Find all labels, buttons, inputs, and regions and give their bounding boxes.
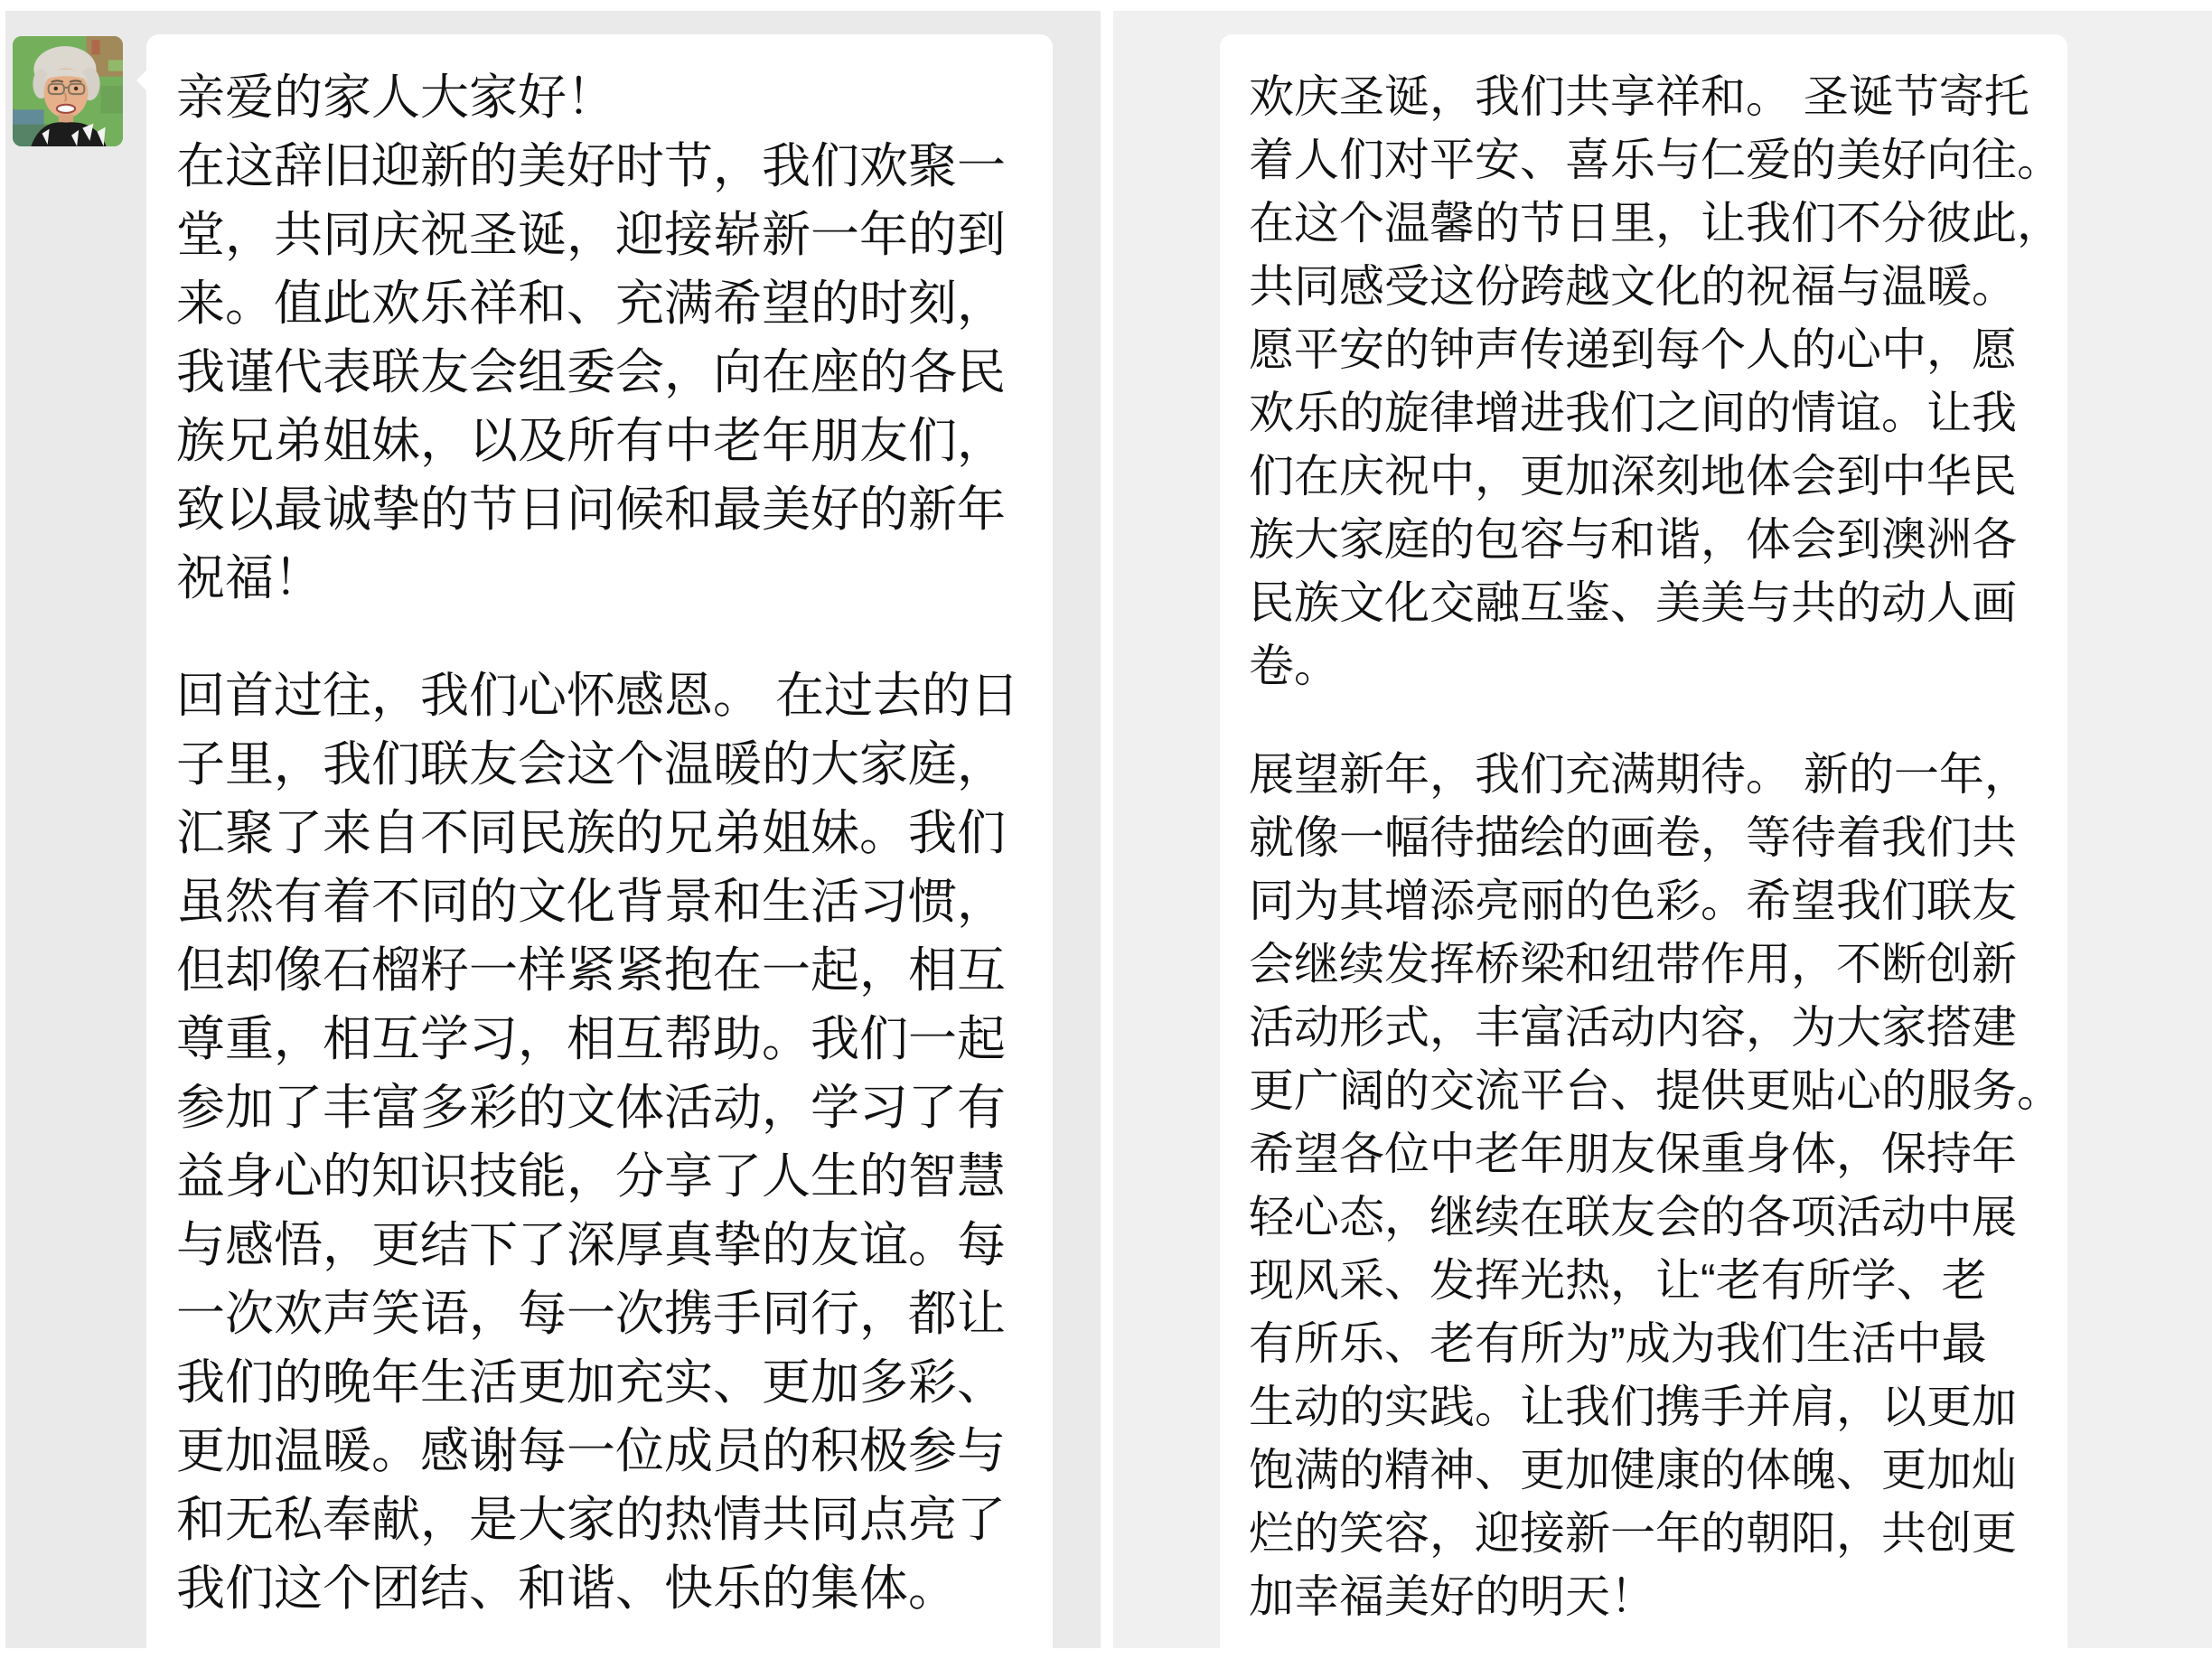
text-line: 在这辞旧迎新的美好时节，我们欢聚一 [176,132,1029,201]
text-line: 一次欢声笑语，每一次携手同行，都让 [176,1279,1029,1348]
text-line: 们在庆祝中，更加深刻地体会到中华民 [1249,445,2049,508]
text-line: 但却像石榴籽一样紧紧抱在一起，相互 [176,936,1029,1005]
text-line: 有所乐、老有所为”成为我们生活中最 [1249,1312,2049,1375]
chat-screenshot-right: 欢庆圣诞，我们共享祥和。 圣诞节寄托着人们对平安、喜乐与仁爱的美好向往。在这个温… [1113,11,2212,1648]
text-line: 族兄弟姐妹，以及所有中老年朋友们， [176,407,1029,475]
chat-screenshot-left: 亲爱的家人大家好！在这辞旧迎新的美好时节，我们欢聚一堂，共同庆祝圣诞，迎接崭新一… [5,11,1101,1648]
text-line: 尊重，相互学习，相互帮助。我们一起 [176,1005,1029,1073]
message-text-right: 欢庆圣诞，我们共享祥和。 圣诞节寄托着人们对平安、喜乐与仁爱的美好向往。在这个温… [1220,34,2067,1628]
text-line [176,613,1029,661]
message-bubble-left[interactable]: 亲爱的家人大家好！在这辞旧迎新的美好时节，我们欢聚一堂，共同庆祝圣诞，迎接崭新一… [146,34,1053,1648]
text-line [1249,698,2049,743]
text-line: 与感悟，更结下了深厚真挚的友谊。每 [176,1211,1029,1279]
text-line: 回首过往，我们心怀感恩。 在过去的日 [176,661,1029,730]
text-line: 致以最诚挚的节日问候和最美好的新年 [176,475,1029,544]
text-line: 希望各位中老年朋友保重身体，保持年 [1249,1122,2049,1186]
text-line: 生动的实践。让我们携手并肩，以更加 [1249,1375,2049,1439]
text-line: 民族文化交融互鉴、美美与共的动人画 [1249,571,2049,634]
text-line: 同为其增添亮丽的色彩。希望我们联友 [1249,869,2049,933]
text-line: 族大家庭的包容与和谐，体会到澳洲各 [1249,508,2049,571]
text-line: 烂的笑容，迎接新一年的朝阳，共创更 [1249,1502,2049,1565]
text-line: 欢乐的旋律增进我们之间的情谊。让我 [1249,381,2049,445]
text-line: 益身心的知识技能，分享了人生的智慧 [176,1142,1029,1211]
panel-divider [1101,0,1113,1659]
text-line: 参加了丰富多彩的文体活动，学习了有 [176,1073,1029,1142]
text-line: 饱满的精神、更加健康的体魄、更加灿 [1249,1439,2049,1502]
text-line: 欢庆圣诞，我们共享祥和。 圣诞节寄托 [1249,65,2049,128]
text-line: 亲爱的家人大家好！ [176,63,1029,132]
text-line: 堂，共同庆祝圣诞，迎接崭新一年的到 [176,201,1029,269]
text-line: 和无私奉献，是大家的热情共同点亮了 [176,1486,1029,1554]
text-line: 会继续发挥桥梁和纽带作用，不断创新 [1249,933,2049,996]
text-line: 我谨代表联友会组委会，向在座的各民 [176,338,1029,407]
text-line: 就像一幅待描绘的画卷，等待着我们共 [1249,806,2049,869]
text-line: 来。值此欢乐祥和、充满希望的时刻， [176,269,1029,338]
avatar-photo-icon [13,36,123,146]
text-line: 轻心态，继续在联友会的各项活动中展 [1249,1186,2049,1249]
text-line: 更加温暖。感谢每一位成员的积极参与 [176,1417,1029,1486]
text-line: 祝福！ [176,544,1029,613]
text-line: 共同感受这份跨越文化的祝福与温暖。 [1249,255,2049,318]
text-line: 卷。 [1249,634,2049,698]
text-line: 汇聚了来自不同民族的兄弟姐妹。我们 [176,799,1029,867]
bubble-tail [136,70,146,90]
text-line: 加幸福美好的明天！ [1249,1565,2049,1628]
text-line: 虽然有着不同的文化背景和生活习惯， [176,867,1029,936]
text-line: 现风采、发挥光热，让“老有所学、老 [1249,1249,2049,1312]
text-line: 活动形式，丰富活动内容，为大家搭建 [1249,996,2049,1059]
text-line: 展望新年，我们充满期待。 新的一年， [1249,743,2049,806]
text-line: 着人们对平安、喜乐与仁爱的美好向往。 [1249,128,2049,192]
text-line: 愿平安的钟声传递到每个人的心中，愿 [1249,318,2049,381]
text-line: 我们这个团结、和谐、快乐的集体。 [176,1554,1029,1623]
text-line: 更广阔的交流平台、提供更贴心的服务。 [1249,1059,2049,1122]
message-bubble-right[interactable]: 欢庆圣诞，我们共享祥和。 圣诞节寄托着人们对平安、喜乐与仁爱的美好向往。在这个温… [1220,34,2067,1648]
text-line: 子里，我们联友会这个温暖的大家庭， [176,730,1029,799]
sender-avatar[interactable] [13,36,123,146]
text-line: 在这个温馨的节日里，让我们不分彼此， [1249,192,2049,255]
message-text-left: 亲爱的家人大家好！在这辞旧迎新的美好时节，我们欢聚一堂，共同庆祝圣诞，迎接崭新一… [146,34,1053,1623]
text-line: 我们的晚年生活更加充实、更加多彩、 [176,1348,1029,1417]
